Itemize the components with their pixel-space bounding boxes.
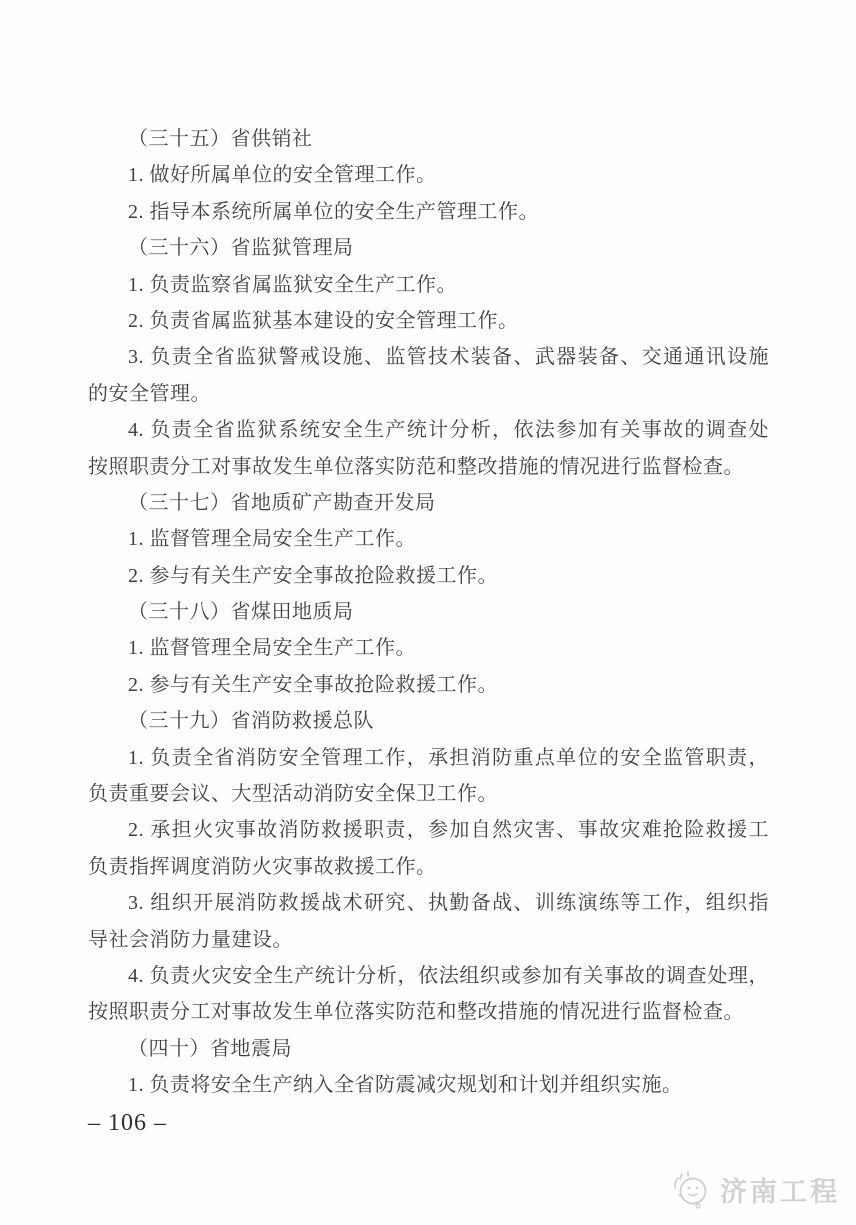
list-item-line: 1. 负责监察省属监狱安全生产工作。 [88, 267, 769, 303]
page-number: – 106 – [88, 1110, 167, 1137]
continuation-line: 导社会消防力量建设。 [88, 922, 769, 958]
document-page: （三十五）省供销社1. 做好所属单位的安全管理工作。2. 指导本系统所属单位的安… [0, 0, 856, 1225]
section-heading: （四十）省地震局 [88, 1031, 769, 1067]
megaphone-face-icon [668, 1168, 712, 1210]
section-heading: （三十五）省供销社 [88, 121, 769, 157]
document-body: （三十五）省供销社1. 做好所属单位的安全管理工作。2. 指导本系统所属单位的安… [88, 121, 769, 1104]
list-item-line: 4. 负责全省监狱系统安全生产统计分析，依法参加有关事故的调查处理， [88, 412, 769, 448]
list-item-line: 1. 监督管理全局安全生产工作。 [88, 630, 769, 666]
section-heading: （三十七）省地质矿产勘查开发局 [88, 485, 769, 521]
section-heading: （三十六）省监狱管理局 [88, 230, 769, 266]
continuation-line: 的安全管理。 [88, 376, 769, 412]
list-item-line: 2. 指导本系统所属单位的安全生产管理工作。 [88, 194, 769, 230]
list-item-line: 2. 参与有关生产安全事故抢险救援工作。 [88, 667, 769, 703]
list-item-line: 2. 负责省属监狱基本建设的安全管理工作。 [88, 303, 769, 339]
section-heading: （三十九）省消防救援总队 [88, 703, 769, 739]
list-item-line: 2. 参与有关生产安全事故抢险救援工作。 [88, 558, 769, 594]
list-item-line: 1. 负责将安全生产纳入全省防震减灾规划和计划并组织实施。 [88, 1067, 769, 1103]
section-heading: （三十八）省煤田地质局 [88, 594, 769, 630]
list-item-line: 3. 负责全省监狱警戒设施、监管技术装备、武器装备、交通通讯设施 [88, 339, 769, 375]
list-item-line: 1. 负责全省消防安全管理工作，承担消防重点单位的安全监管职责， [88, 740, 769, 776]
list-item-line: 2. 承担火灾事故消防救援职责，参加自然灾害、事故灾难抢险救援工作， [88, 812, 769, 848]
continuation-line: 按照职责分工对事故发生单位落实防范和整改措施的情况进行监督检查。 [88, 994, 769, 1030]
list-item-line: 4. 负责火灾安全生产统计分析，依法组织或参加有关事故的调查处理， [88, 958, 769, 994]
continuation-line: 负责指挥调度消防火灾事故救援工作。 [88, 849, 769, 885]
list-item-line: 1. 监督管理全局安全生产工作。 [88, 521, 769, 557]
list-item-line: 3. 组织开展消防救援战术研究、执勤备战、训练演练等工作，组织指 [88, 885, 769, 921]
watermark: 济南工程 [668, 1168, 840, 1210]
continuation-line: 按照职责分工对事故发生单位落实防范和整改措施的情况进行监督检查。 [88, 449, 769, 485]
watermark-text: 济南工程 [720, 1170, 840, 1209]
list-item-line: 1. 做好所属单位的安全管理工作。 [88, 157, 769, 193]
continuation-line: 负责重要会议、大型活动消防安全保卫工作。 [88, 776, 769, 812]
